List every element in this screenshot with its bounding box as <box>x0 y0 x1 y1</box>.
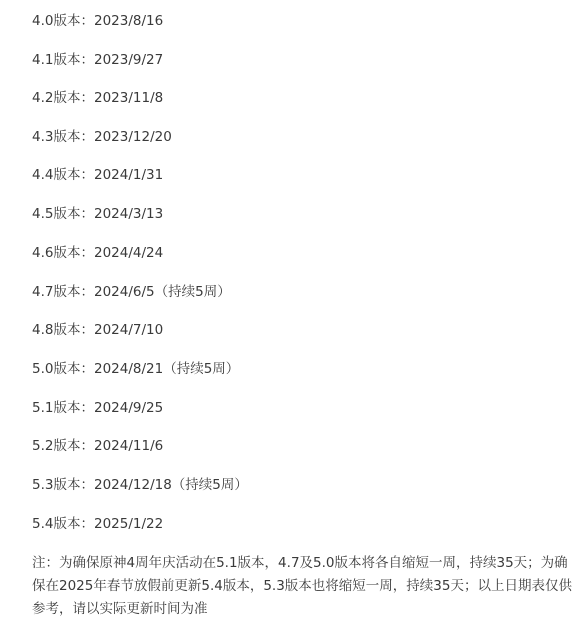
schedule-line-5-1: 5.1版本：2024/9/25 <box>32 398 163 418</box>
duration-note: （持续5周） <box>163 361 239 377</box>
release-date: 2023/8/16 <box>94 13 163 29</box>
version-label: 5.1版本 <box>32 400 80 416</box>
separator: ： <box>80 13 94 29</box>
schedule-line-5-2: 5.2版本：2024/11/6 <box>32 436 163 456</box>
separator: ： <box>80 52 94 68</box>
release-date: 2024/4/24 <box>94 245 163 261</box>
version-label: 4.8版本 <box>32 322 80 338</box>
version-label: 5.3版本 <box>32 477 80 493</box>
version-label: 4.6版本 <box>32 245 80 261</box>
duration-note: （持续5周） <box>155 284 231 300</box>
schedule-line-4-7: 4.7版本：2024/6/5（持续5周） <box>32 282 231 302</box>
version-label: 4.4版本 <box>32 167 80 183</box>
release-date: 2024/9/25 <box>94 400 163 416</box>
release-date: 2024/6/5 <box>94 284 155 300</box>
separator: ： <box>80 129 94 145</box>
version-label: 4.3版本 <box>32 129 80 145</box>
release-date: 2024/3/13 <box>94 206 163 222</box>
release-date: 2024/11/6 <box>94 438 163 454</box>
separator: ： <box>80 322 94 338</box>
schedule-line-5-3: 5.3版本：2024/12/18（持续5周） <box>32 475 248 495</box>
version-label: 4.0版本 <box>32 13 80 29</box>
schedule-line-4-3: 4.3版本：2023/12/20 <box>32 127 172 147</box>
separator: ： <box>80 245 94 261</box>
separator: ： <box>80 516 94 532</box>
separator: ： <box>80 400 94 416</box>
schedule-line-4-6: 4.6版本：2024/4/24 <box>32 243 163 263</box>
schedule-footnote: 注：为确保原神4周年庆活动在5.1版本，4.7及5.0版本将各自缩短一周，持续3… <box>32 552 572 617</box>
schedule-line-4-5: 4.5版本：2024/3/13 <box>32 204 163 224</box>
separator: ： <box>80 90 94 106</box>
version-label: 4.2版本 <box>32 90 80 106</box>
schedule-line-5-0: 5.0版本：2024/8/21（持续5周） <box>32 359 239 379</box>
separator: ： <box>80 167 94 183</box>
separator: ： <box>80 206 94 222</box>
schedule-line-4-1: 4.1版本：2023/9/27 <box>32 50 163 70</box>
separator: ： <box>80 477 94 493</box>
schedule-line-5-4: 5.4版本：2025/1/22 <box>32 514 163 534</box>
separator: ： <box>80 438 94 454</box>
schedule-line-4-8: 4.8版本：2024/7/10 <box>32 320 163 340</box>
version-label: 4.7版本 <box>32 284 80 300</box>
version-label: 4.1版本 <box>32 52 80 68</box>
duration-note: （持续5周） <box>172 477 248 493</box>
version-label: 5.0版本 <box>32 361 80 377</box>
version-label: 5.2版本 <box>32 438 80 454</box>
release-date: 2025/1/22 <box>94 516 163 532</box>
version-label: 5.4版本 <box>32 516 80 532</box>
release-date: 2024/1/31 <box>94 167 163 183</box>
schedule-line-4-4: 4.4版本：2024/1/31 <box>32 165 163 185</box>
release-date: 2024/12/18 <box>94 477 172 493</box>
release-date: 2023/12/20 <box>94 129 172 145</box>
release-date: 2023/11/8 <box>94 90 163 106</box>
release-date: 2024/8/21 <box>94 361 163 377</box>
schedule-line-4-2: 4.2版本：2023/11/8 <box>32 88 163 108</box>
release-date: 2023/9/27 <box>94 52 163 68</box>
version-label: 4.5版本 <box>32 206 80 222</box>
release-date: 2024/7/10 <box>94 322 163 338</box>
separator: ： <box>80 361 94 377</box>
separator: ： <box>80 284 94 300</box>
schedule-line-4-0: 4.0版本：2023/8/16 <box>32 11 163 31</box>
